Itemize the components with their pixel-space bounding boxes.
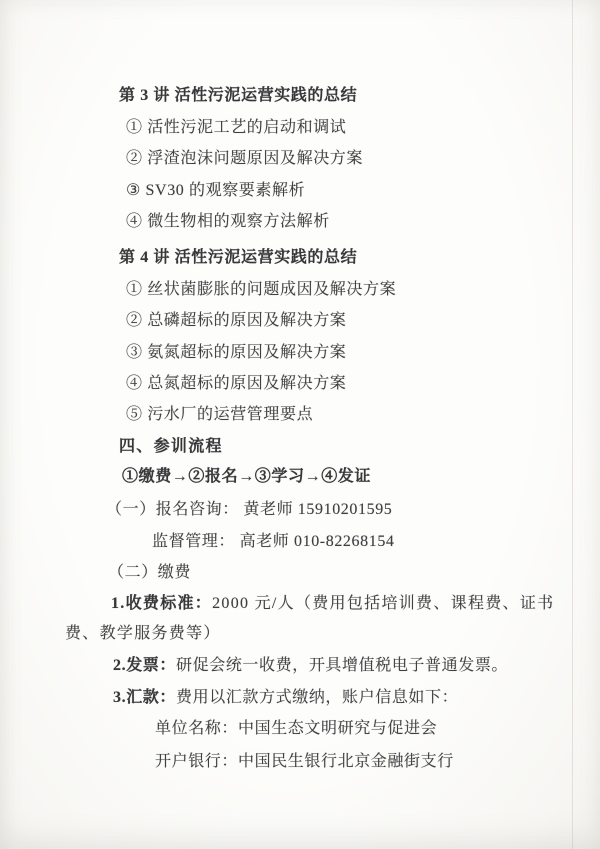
scanned-document-page: 第 3 讲 活性污泥运营实践的总结 ① 活性污泥工艺的启动和调试 ② 浮渣泡沫问… [0,0,600,849]
remittance-text: 费用以汇款方式缴纳，账户信息如下： [176,689,458,706]
fee-label: 1.收费标准： [111,595,212,612]
registration-line: （一）报名咨询： 黄老师 15910201595 [106,500,392,519]
lecture4-heading: 第 4 讲 活性污泥运营实践的总结 [119,248,357,267]
payment-heading: （二）缴费 [108,563,191,582]
lecture4-item-5: ⑤ 污水厂的运营管理要点 [126,405,313,424]
invoice-label: 2.发票： [113,657,176,674]
lecture3-item-1: ① 活性污泥工艺的启动和调试 [126,118,346,137]
remittance-line: 3.汇款：费用以汇款方式缴纳，账户信息如下： [113,688,458,707]
invoice-text: 研促会统一收费，开具增值税电子普通发票。 [176,657,508,674]
account-name-line: 单位名称：中国生态文明研究与促进会 [155,719,437,738]
lecture4-item-1: ① 丝状菌膨胀的问题成因及解决方案 [126,280,396,299]
fee-line: 1.收费标准：2000 元/人（费用包括培训费、课程费、证书 [111,594,554,613]
supervision-line: 监督管理： 高老师 010-82268154 [152,532,395,551]
lecture3-heading: 第 3 讲 活性污泥运营实践的总结 [119,86,357,105]
fee-wrap-line: 费、教学服务费等） [65,624,221,643]
invoice-line: 2.发票：研促会统一收费，开具增值税电子普通发票。 [113,656,508,675]
lecture3-item-4: ④ 微生物相的观察方法解析 [126,212,330,231]
lecture4-item-2: ② 总磷超标的原因及解决方案 [126,311,346,330]
remittance-label: 3.汇款： [113,689,176,706]
lecture4-item-4: ④ 总氮超标的原因及解决方案 [126,374,346,393]
lecture4-item-3: ③ 氨氮超标的原因及解决方案 [126,343,346,362]
lecture3-item-2: ② 浮渣泡沫问题原因及解决方案 [126,149,363,168]
scan-edge-line [572,0,573,849]
fee-text: 2000 元/人（费用包括培训费、课程费、证书 [212,595,554,612]
process-heading: 四、参训流程 [119,437,223,456]
process-flow: ①缴费→②报名→③学习→④发证 [122,467,371,486]
bank-line: 开户银行：中国民生银行北京金融街支行 [155,752,454,771]
lecture3-item-3: ③ SV30 的观察要素解析 [126,181,305,200]
